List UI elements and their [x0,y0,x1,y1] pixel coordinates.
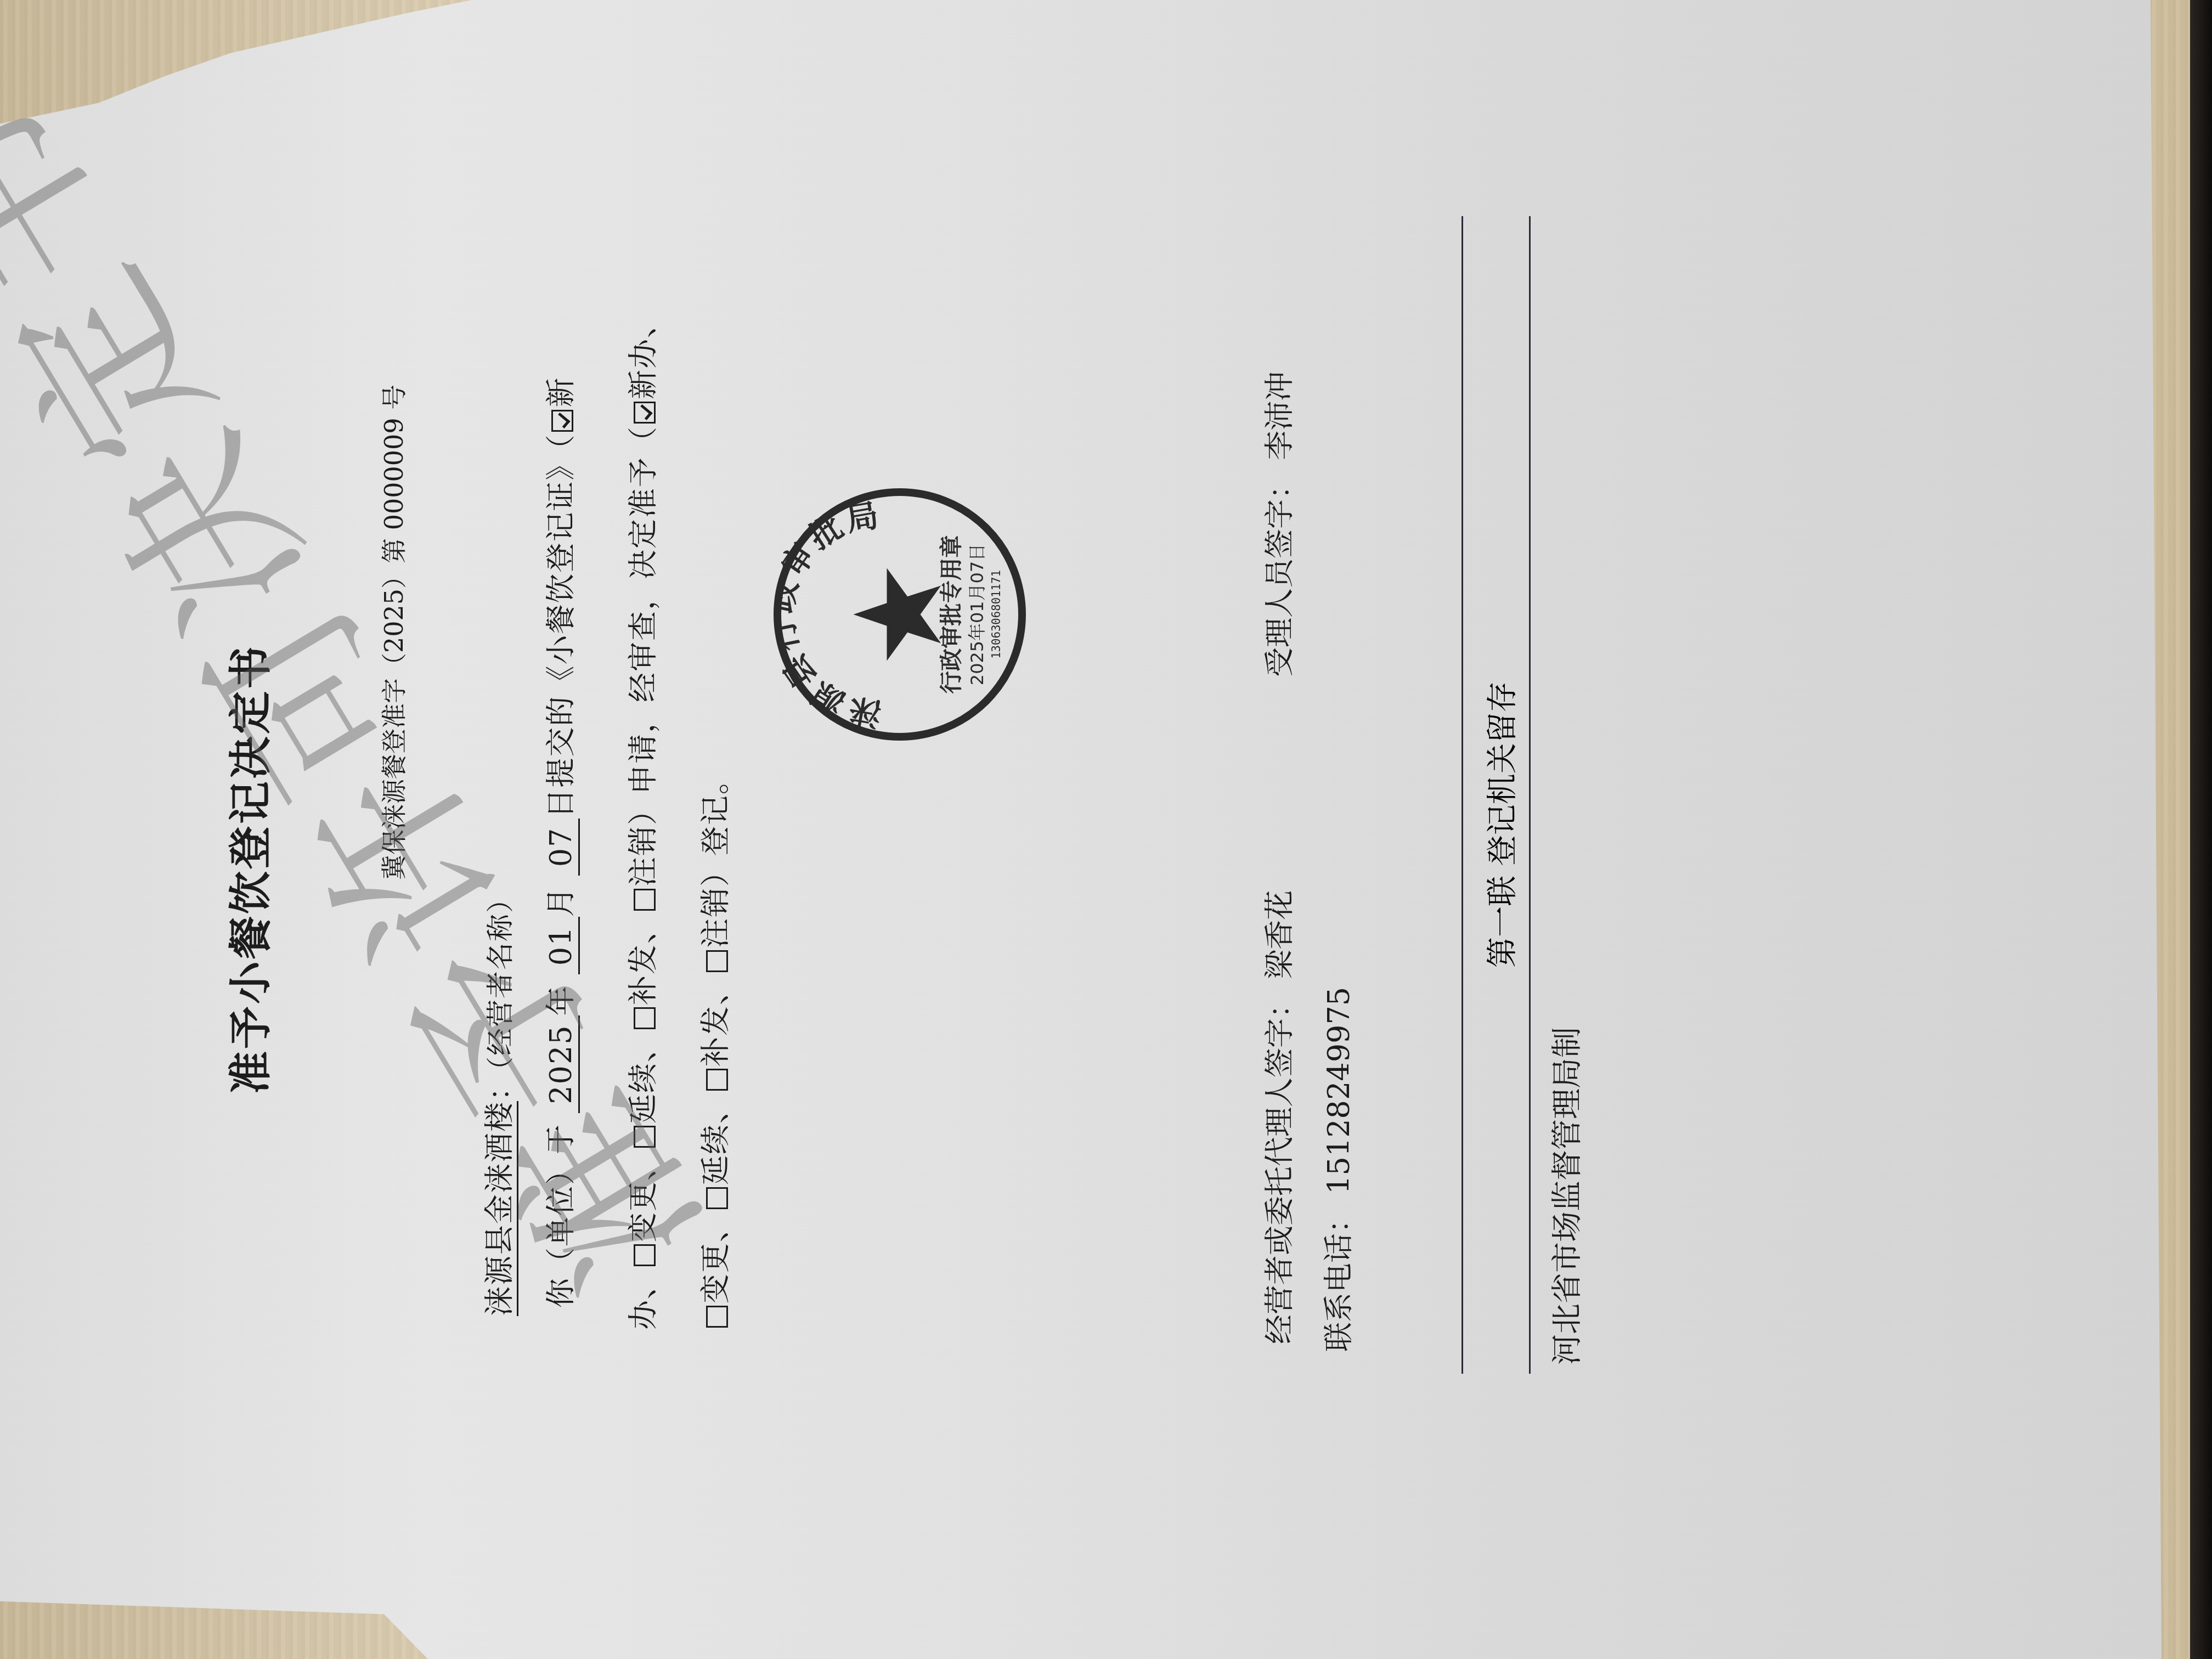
issuer: 河北省市场监督管理局制 [1543,1027,1587,1365]
phone-label: 联系电话： [1322,1204,1356,1352]
contact-phone: 联系电话： 15128249975 [1316,987,1358,1352]
checkbox-application-cancel[interactable] [634,889,656,911]
official-seal: 涞源县行政审批局 行政审批专用章 2025年01月07日 13063068011… [774,488,1026,741]
handler-name: 李沛冲 [1262,371,1297,460]
star-icon [853,568,941,661]
operator-signature-name: 梁香花 [1262,890,1297,979]
new-label: 新 [544,377,578,408]
line3-reissue: 补发、 [698,974,733,1066]
seal-graphic: 涞源县行政审批局 行政审批专用章 2025年01月07日 13063068011… [781,496,1018,733]
phone-number: 15128249975 [1322,987,1356,1194]
checkbox-decision-cancel[interactable] [706,950,728,972]
cancel-label: 注销）申请，经审查，决定准予（ [626,426,661,887]
new-label-2: 新办、 [626,307,661,399]
operator-signature-label: 经营者或委托代理人签字： [1262,989,1297,1344]
checkbox-application-new[interactable] [551,410,573,432]
checkbox-decision-new[interactable] [634,402,656,424]
seal-code: 1306306801171 [990,570,1003,659]
line3-cancel: 注销）登记。 [698,764,733,948]
checkbox-decision-change[interactable] [706,1306,728,1328]
handler-label: 受理人员签字： [1262,470,1297,677]
seal-date: 2025年01月07日 [967,544,988,685]
copy-label: 第一联 登记机关留存 [1478,681,1522,968]
reissue-label: 补发、 [626,913,661,1005]
body-line-3: 变更、延续、补发、注销）登记。 [692,764,735,1330]
decision-document: 准予小餐饮登记决定书 冀保涞源餐登准字（2025）第 0000009 号 涞源县… [0,0,2212,1659]
checkbox-decision-reissue[interactable] [706,1069,728,1091]
operator-signature: 经营者或委托代理人签字： 梁香花 [1256,890,1299,1344]
handler-signature: 受理人员签字： 李沛冲 [1256,371,1299,677]
day-field: 07 [544,819,580,876]
submitted-text: 日提交的《小餐饮登记证》（ [544,434,578,819]
seal-inner-text: 行政审批专用章 [938,535,964,693]
